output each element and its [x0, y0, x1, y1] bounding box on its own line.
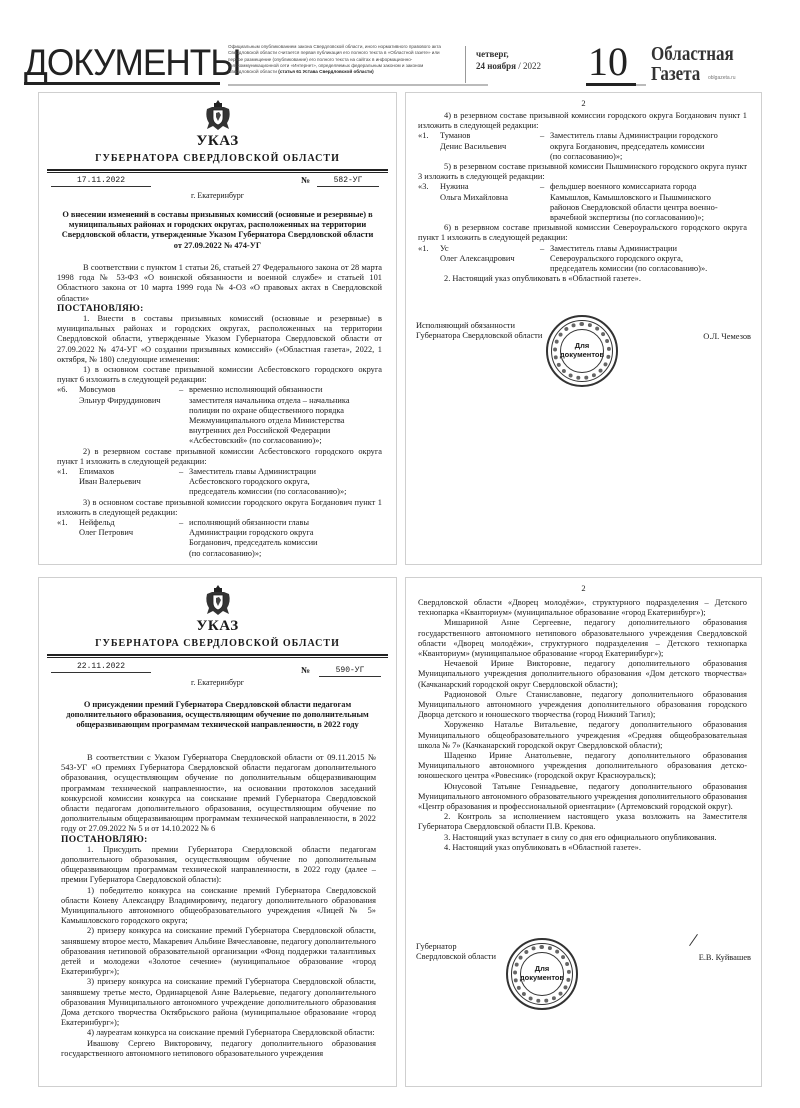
subitem-4: 4) в резервном составе призывной комисси… — [418, 111, 747, 131]
entry-number: «1. — [418, 131, 440, 162]
stamp-text: Для документов — [508, 964, 576, 982]
decree-number: 582-УГ — [317, 176, 379, 187]
entry-role: Заместитель главы Администрации городско… — [550, 131, 747, 162]
header-rule-short — [636, 84, 646, 86]
item-1: 1. Присудить премии Губернатора Свердлов… — [61, 845, 376, 886]
item-2: 2. Контроль за исполнением настоящего ук… — [418, 812, 747, 832]
signature-mark — [689, 934, 698, 946]
issue-day: 24 ноября — [476, 61, 516, 71]
item-1: 1. Внести в составы призывных комиссий (… — [57, 314, 382, 365]
decree-city: г. Екатеринбург — [39, 191, 396, 200]
entry-dash: – — [179, 385, 189, 446]
decree-heading: О присуждении премий Губернатора Свердло… — [59, 700, 376, 731]
entry-dash: – — [179, 518, 189, 559]
preamble: В соответствии с Указом Губернатора Свер… — [61, 753, 376, 835]
decree-body: В соответствии с Указом Губернатора Свер… — [61, 753, 376, 1059]
entry-role: временно исполняющий обязанности замести… — [189, 385, 382, 446]
item-2: 2. Настоящий указ опубликовать в «Област… — [418, 274, 747, 284]
header-double-rule — [47, 654, 388, 658]
resolve-keyword: ПОСТАНОВЛЯЮ: — [61, 835, 376, 845]
decree-body-continued: Свердловской области «Дворец молодёжи», … — [418, 598, 747, 853]
legal-note-source: (статья 61 Устава Свердловской области) — [278, 69, 373, 74]
page-marker: 2 — [406, 98, 761, 108]
page-marker: 2 — [406, 583, 761, 593]
section-title: ДОКУМЕНТЫ — [24, 44, 240, 82]
entry-role: Заместитель главы Администрации Асбестов… — [189, 467, 382, 498]
decree-date: 17.11.2022 — [51, 176, 151, 187]
member-entry: «1. Епимахов Иван Валерьевич – Заместите… — [57, 467, 382, 498]
entry-name: Нужина Ольга Михайловна — [440, 182, 540, 223]
subitem-5: 5) в резервном составе призывной комисси… — [418, 162, 747, 182]
laureate-entry-continued: Свердловской области «Дворец молодёжи», … — [418, 598, 747, 618]
entry-dash: – — [540, 244, 550, 275]
subitem-3: 3) призеру конкурса на соискание премий … — [61, 977, 376, 1028]
decree-number: 590-УГ — [319, 666, 381, 677]
decree-heading: О внесении изменений в составы призывных… — [59, 210, 376, 251]
laureate-entry: Мишариной Анне Сергеевне, педагогу допол… — [418, 618, 747, 659]
brand-line2: Газета — [651, 64, 734, 84]
legal-note: Официальным опубликованием закона Свердл… — [228, 44, 450, 75]
laureate-entry: Радионовой Ольге Станиславовне, педагогу… — [418, 690, 747, 721]
official-stamp: Для документов — [546, 315, 618, 387]
entry-name: Нейфельд Олег Петрович — [79, 518, 179, 559]
decree-590-page-2: 2 Свердловской области «Дворец молодёжи»… — [405, 577, 762, 1087]
item-3: 3. Настоящий указ вступает в силу со дня… — [418, 833, 747, 843]
member-entry: «1. Ус Олег Александрович – Заместитель … — [418, 244, 747, 275]
header-rule — [228, 84, 488, 86]
coat-of-arms-icon — [204, 99, 232, 131]
laureate-entry: Шаденко Ирине Анатольевне, педагогу допо… — [418, 751, 747, 782]
decree-582-page-1: УКАЗ ГУБЕРНАТОРА СВЕРДЛОВСКОЙ ОБЛАСТИ 17… — [38, 92, 397, 565]
subitem-3: 3) в основном составе призывной комиссии… — [57, 498, 382, 518]
entry-role: исполняющий обязанности главы Администра… — [189, 518, 382, 559]
signer-name: О.Л. Чемезов — [703, 332, 751, 341]
decree-body: В соответствии с пунктом 1 статьи 26, ст… — [57, 263, 382, 559]
entry-number: «1. — [57, 467, 79, 498]
subitem-1: 1) победителю конкурса на соискание прем… — [61, 886, 376, 927]
entry-name: Мовсумов Эльнур Фируддинович — [79, 385, 179, 446]
member-entry: «1. Туманов Денис Васильевич – Заместите… — [418, 131, 747, 162]
entry-name: Епимахов Иван Валерьевич — [79, 467, 179, 498]
subitem-4: 4) лауреатам конкурса на соискание преми… — [61, 1028, 376, 1038]
preamble: В соответствии с пунктом 1 статьи 26, ст… — [57, 263, 382, 304]
signer-role: Губернатор Свердловской области — [416, 942, 496, 962]
entry-name: Туманов Денис Васильевич — [440, 131, 540, 162]
member-entry: «1. Нейфельд Олег Петрович – исполняющий… — [57, 518, 382, 559]
member-entry: «3. Нужина Ольга Михайловна – фельдшер в… — [418, 182, 747, 223]
signer-role: Исполняющий обязанности Губернатора Свер… — [416, 321, 542, 341]
entry-dash: – — [179, 467, 189, 498]
resolve-keyword: ПОСТАНОВЛЯЮ: — [57, 304, 382, 314]
entry-number: «6. — [57, 385, 79, 446]
entry-dash: – — [540, 131, 550, 162]
member-entry: «6. Мовсумов Эльнур Фируддинович – време… — [57, 385, 382, 446]
decree-type: УКАЗ — [39, 618, 396, 635]
subitem-1: 1) в основном составе призывной комиссии… — [57, 365, 382, 385]
entry-number: «1. — [418, 244, 440, 275]
issue-year: / 2022 — [518, 61, 541, 71]
brand-line1: Областная — [651, 43, 734, 65]
number-label: № — [301, 665, 310, 675]
masthead: ДОКУМЕНТЫ Официальным опубликованием зак… — [0, 0, 800, 90]
decree-body-continued: 4) в резервном составе призывной комисси… — [418, 111, 747, 284]
number-label: № — [301, 175, 310, 185]
entry-number: «1. — [57, 518, 79, 559]
header-divider — [465, 46, 466, 83]
decree-582-page-2: 2 4) в резервном составе призывной комис… — [405, 92, 762, 565]
laureate-entry: Юнусовой Татьяне Геннадьевне, педагогу д… — [418, 782, 747, 813]
decree-date: 22.11.2022 — [51, 662, 151, 673]
laureate-entry: Нечаевой Ирине Викторовне, педагогу допо… — [418, 659, 747, 690]
section-title-underline — [24, 82, 220, 85]
signer-name: Е.В. Куйвашев — [699, 953, 751, 962]
official-stamp: Для документов — [506, 938, 578, 1010]
decree-issuer: ГУБЕРНАТОРА СВЕРДЛОВСКОЙ ОБЛАСТИ — [39, 153, 396, 164]
subitem-2: 2) в резервном составе призывной комисси… — [57, 447, 382, 467]
decree-590-page-1: УКАЗ ГУБЕРНАТОРА СВЕРДЛОВСКОЙ ОБЛАСТИ 22… — [38, 577, 397, 1087]
item-4: 4. Настоящий указ опубликовать в «Област… — [418, 843, 747, 853]
coat-of-arms-icon — [204, 584, 232, 616]
decree-issuer: ГУБЕРНАТОРА СВЕРДЛОВСКОЙ ОБЛАСТИ — [39, 638, 396, 649]
decree-type: УКАЗ — [39, 133, 396, 150]
stamp-text: Для документов — [548, 341, 616, 359]
subitem-2: 2) призеру конкурса на соискание премий … — [61, 926, 376, 977]
entry-role: фельдшер военного комиссариата города Ка… — [550, 182, 747, 223]
laureate-entry: Ивашову Сергею Викторовичу, педагогу доп… — [61, 1039, 376, 1059]
entry-name: Ус Олег Александрович — [440, 244, 540, 275]
page-number: 10 — [588, 42, 628, 82]
subitem-6: 6) в резервном составе призывной комисси… — [418, 223, 747, 243]
issue-date: четверг, 24 ноября / 2022 — [476, 48, 541, 72]
header-double-rule — [47, 169, 388, 173]
site-url[interactable]: oblgazeta.ru — [708, 75, 736, 81]
decree-city: г. Екатеринбург — [39, 678, 396, 687]
page-number-underline — [586, 83, 636, 86]
issue-weekday: четверг, — [476, 48, 541, 60]
entry-number: «3. — [418, 182, 440, 223]
entry-role: Заместитель главы Администрации Североур… — [550, 244, 747, 275]
entry-dash: – — [540, 182, 550, 223]
laureate-entry: Хоруженко Наталье Витальевне, педагогу д… — [418, 720, 747, 751]
